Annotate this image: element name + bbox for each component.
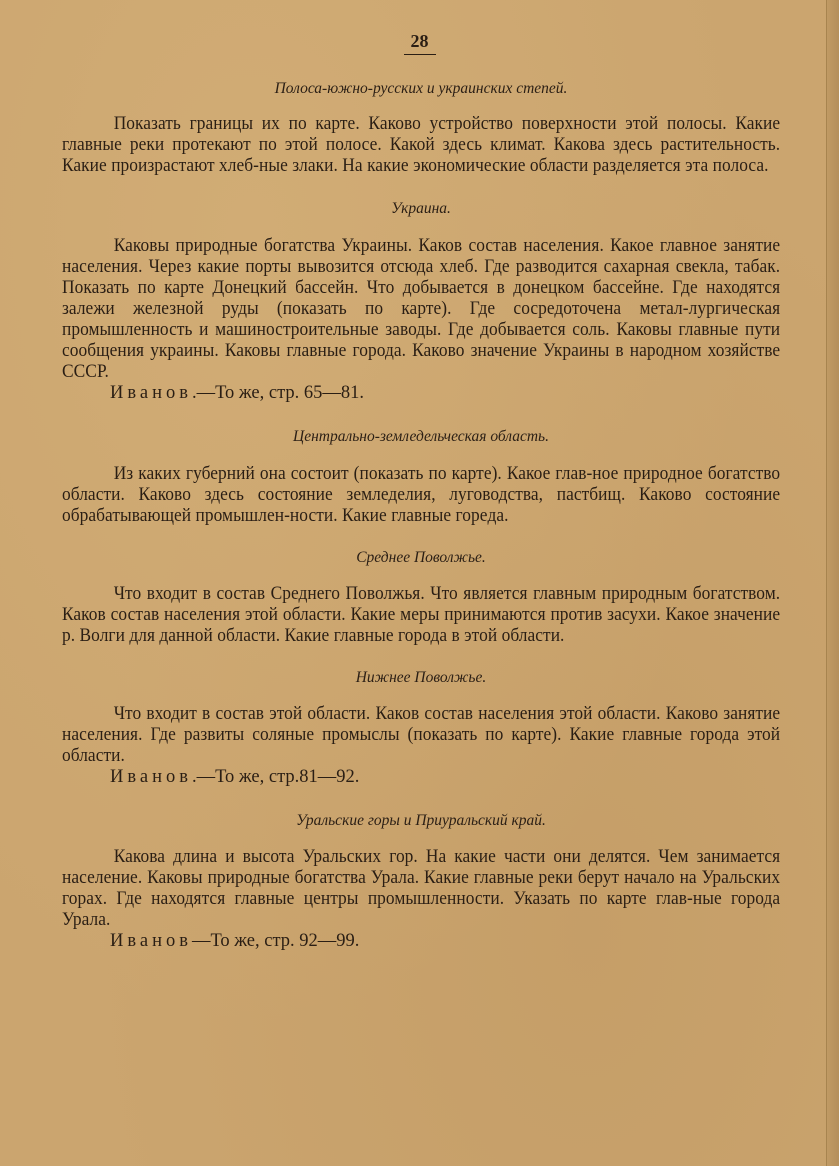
section-heading: Нижнее Поволжье. xyxy=(62,667,780,689)
section-lower-volga: Нижнее Поволжье. Что входит в состав это… xyxy=(62,667,780,788)
page-number: 28 xyxy=(0,31,839,55)
section-paragraph: Каковы природные богатства Украины. Како… xyxy=(62,236,780,383)
reference-author: Иванов xyxy=(110,383,192,403)
section-urals: Уральские горы и Приуральский край. Како… xyxy=(62,810,780,952)
page-number-text: 28 xyxy=(404,31,436,55)
section-heading: Среднее Поволжье. xyxy=(62,547,780,569)
document-page: 28 Полоса-южно-русских и украинских степ… xyxy=(0,0,839,1166)
section-steppes: Полоса-южно-русских и украинских степей.… xyxy=(62,78,780,177)
section-paragraph: Показать границы их по карте. Каково уст… xyxy=(62,114,780,177)
section-paragraph: Какова длина и высота Уральских гор. На … xyxy=(62,847,780,931)
reference-pages: .—То же, стр. 65—81. xyxy=(192,383,364,403)
reference-line: Иванов.—То же, стр. 65—81. xyxy=(62,383,780,404)
section-paragraph: Что входит в состав этой области. Каков … xyxy=(62,704,780,767)
reference-pages: .—То же, стр.81—92. xyxy=(192,767,359,787)
reference-line: Иванов—То же, стр. 92—99. xyxy=(62,931,780,952)
reference-pages: —То же, стр. 92—99. xyxy=(192,931,359,951)
section-paragraph: Что входит в состав Среднего Поволжья. Ч… xyxy=(62,584,780,647)
reference-line: Иванов.—То же, стр.81—92. xyxy=(62,767,780,788)
section-heading: Центрально-земледельческая область. xyxy=(62,426,780,448)
section-ukraine: Украина. Каковы природные богатства Укра… xyxy=(62,198,780,404)
reference-author: Иванов xyxy=(110,931,192,951)
section-central-agricultural: Центрально-земледельческая область. Из к… xyxy=(62,426,780,527)
section-heading: Уральские горы и Приуральский край. xyxy=(62,810,780,832)
section-heading: Полоса-южно-русских и украинских степей. xyxy=(62,78,780,100)
section-middle-volga: Среднее Поволжье. Что входит в состав Ср… xyxy=(62,547,780,647)
page-edge xyxy=(826,0,839,1166)
section-paragraph: Из каких губерний она состоит (показать … xyxy=(62,464,780,527)
section-heading: Украина. xyxy=(62,198,780,220)
reference-author: Иванов xyxy=(110,767,192,787)
page-content: Полоса-южно-русских и украинских степей.… xyxy=(62,78,780,952)
